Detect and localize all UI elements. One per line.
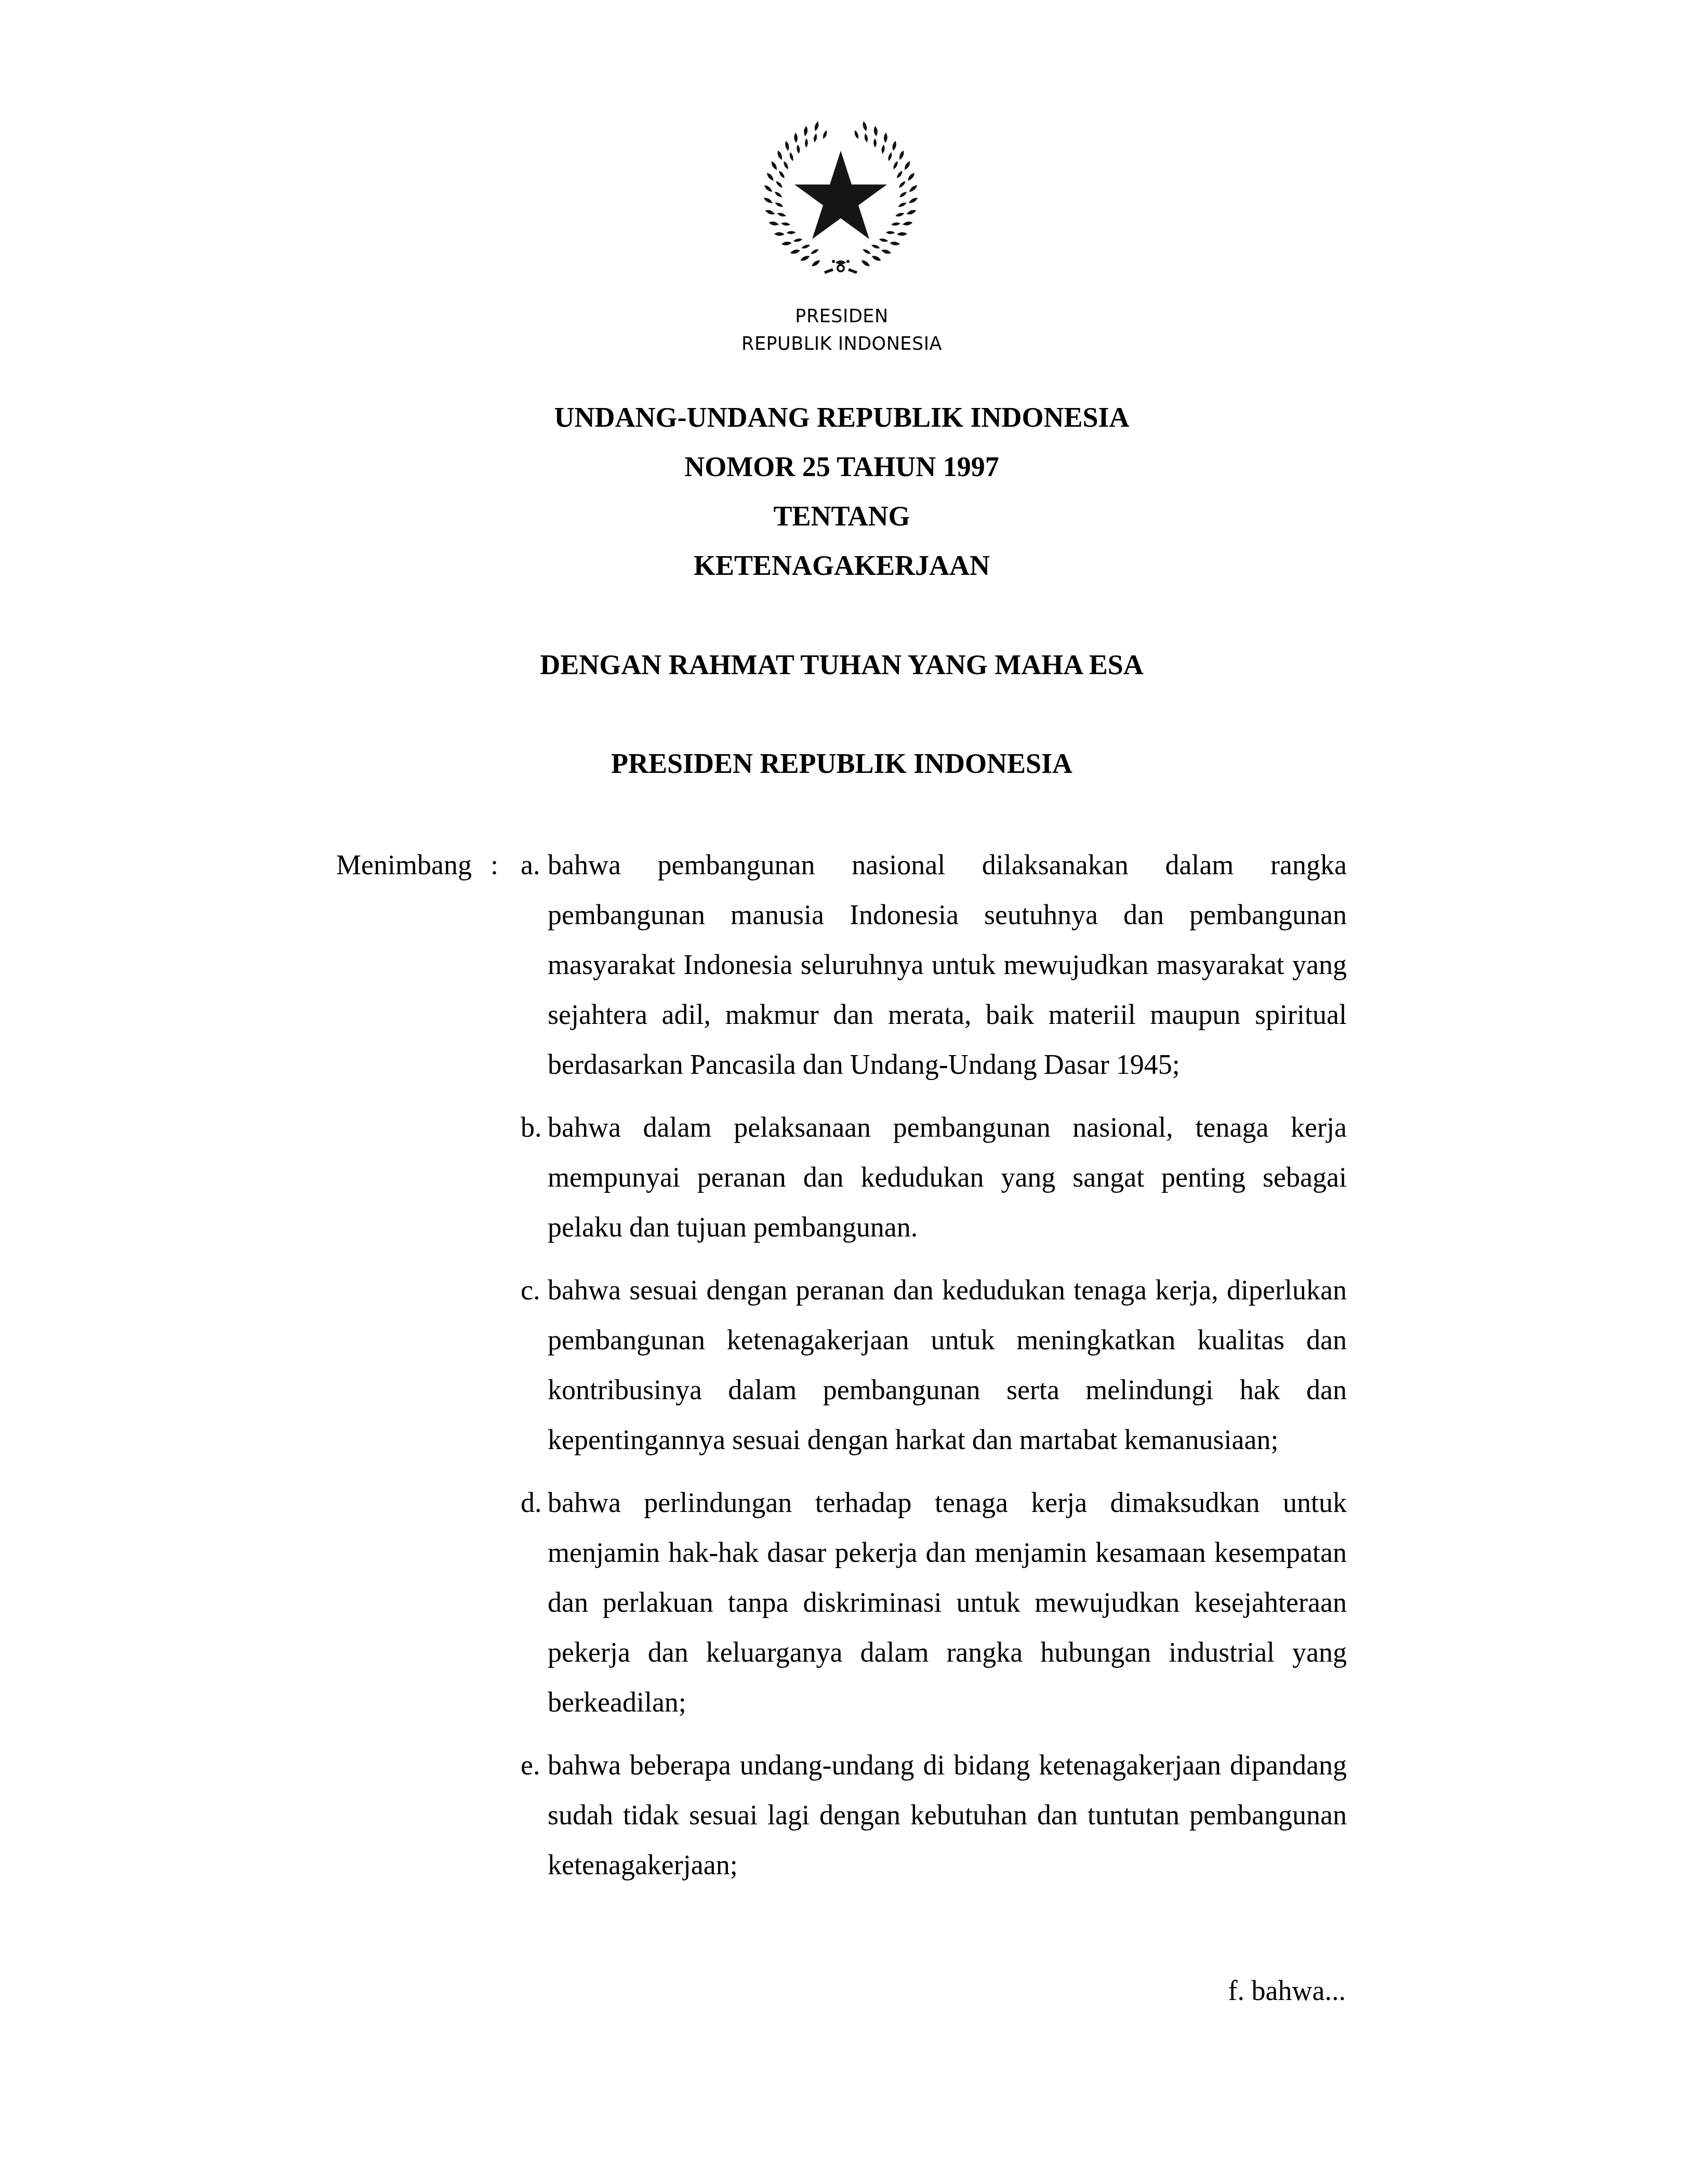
star-icon: [794, 151, 887, 239]
item-letter: e.: [521, 1740, 540, 1790]
text-line: danperlakuantanpadiskriminasiuntukmewuju…: [548, 1577, 1347, 1627]
item-text: bahwadalampelaksanaanpembangunannasional…: [548, 1102, 1347, 1252]
considering-item: c.bahwasesuaidenganperanandankedudukante…: [521, 1265, 1347, 1465]
text-line: bahwaperlindunganterhadaptenagakerjadima…: [548, 1478, 1347, 1528]
considering-item: a.bahwapembangunannasionaldilaksanakanda…: [521, 840, 1347, 1089]
text-line: masyarakatIndonesiaseluruhnyauntukmewuju…: [548, 940, 1347, 990]
text-line: berkeadilan;: [548, 1677, 1347, 1727]
text-line: mempunyaiperanandankedudukanyangsangatpe…: [548, 1152, 1347, 1202]
office-heading: PRESIDEN REPUBLIK INDONESIA: [686, 303, 998, 358]
law-title-line-1: UNDANG-UNDANG REPUBLIK INDONESIA: [426, 393, 1257, 442]
item-letter: a.: [521, 840, 540, 890]
text-line: kepentingannyasesuaidenganharkatdanmarta…: [548, 1415, 1347, 1465]
item-letter: c.: [521, 1265, 540, 1315]
text-line: kontribusinyadalampembangunansertamelind…: [548, 1365, 1347, 1415]
text-line: sejahteraadil,makmurdanmerata,baikmateri…: [548, 990, 1347, 1040]
considering-separator: :: [491, 840, 498, 890]
issuer-heading: PRESIDEN REPUBLIK INDONESIA: [426, 739, 1257, 788]
text-line: sudahtidaksesuailagidengankebutuhandantu…: [548, 1790, 1347, 1840]
text-line: bahwapembangunannasionaldilaksanakandala…: [548, 840, 1347, 890]
considering-item: b.bahwadalampelaksanaanpembangunannasion…: [521, 1102, 1347, 1252]
considering-item: d.bahwaperlindunganterhadaptenagakerjadi…: [521, 1478, 1347, 1727]
invocation-heading: DENGAN RAHMAT TUHAN YANG MAHA ESA: [426, 640, 1257, 690]
document-page: PRESIDEN REPUBLIK INDONESIA UNDANG-UNDAN…: [0, 0, 1683, 2184]
law-title-line-3: TENTANG: [426, 492, 1257, 541]
text-line: pekerjadankeluarganyadalamrangkahubungan…: [548, 1627, 1347, 1677]
law-subject: KETENAGAKERJAAN: [426, 541, 1257, 590]
text-line: menjaminhak-hakdasarpekerjadanmenjaminke…: [548, 1528, 1347, 1577]
office-line-republic: REPUBLIK INDONESIA: [686, 331, 998, 358]
item-text: bahwabeberapaundang-undangdibidangketena…: [548, 1740, 1347, 1890]
text-line: berdasarkanPancasiladanUndang-UndangDasa…: [548, 1040, 1347, 1089]
text-line: bahwasesuaidenganperanandankedudukantena…: [548, 1265, 1347, 1315]
office-line-president: PRESIDEN: [686, 303, 998, 331]
item-text: bahwasesuaidenganperanandankedudukantena…: [548, 1265, 1347, 1465]
law-title: UNDANG-UNDANG REPUBLIK INDONESIA NOMOR 2…: [426, 393, 1257, 590]
considering-list: a.bahwapembangunannasionaldilaksanakanda…: [521, 840, 1347, 1903]
text-line: pelakudantujuanpembangunan.: [548, 1202, 1347, 1252]
text-line: bahwabeberapaundang-undangdibidangketena…: [548, 1740, 1347, 1790]
considering-item: e.bahwabeberapaundang-undangdibidangkete…: [521, 1740, 1347, 1890]
text-line: bahwadalampelaksanaanpembangunannasional…: [548, 1102, 1347, 1152]
text-line: ketenagakerjaan;: [548, 1840, 1347, 1890]
item-text: bahwapembangunannasionaldilaksanakandala…: [548, 840, 1347, 1089]
item-letter: d.: [521, 1478, 542, 1528]
considering-label: Menimbang: [336, 840, 472, 890]
text-line: pembangunanmanusiaIndonesiaseutuhnyadanp…: [548, 890, 1347, 940]
next-page-marker: f. bahwa...: [1039, 1966, 1346, 2016]
text-line: pembangunanketenagakerjaanuntukmeningkat…: [548, 1315, 1347, 1365]
item-text: bahwaperlindunganterhadaptenagakerjadima…: [548, 1478, 1347, 1727]
presidential-seal-icon: [758, 114, 924, 281]
law-number: NOMOR 25 TAHUN 1997: [426, 442, 1257, 492]
item-letter: b.: [521, 1102, 542, 1152]
